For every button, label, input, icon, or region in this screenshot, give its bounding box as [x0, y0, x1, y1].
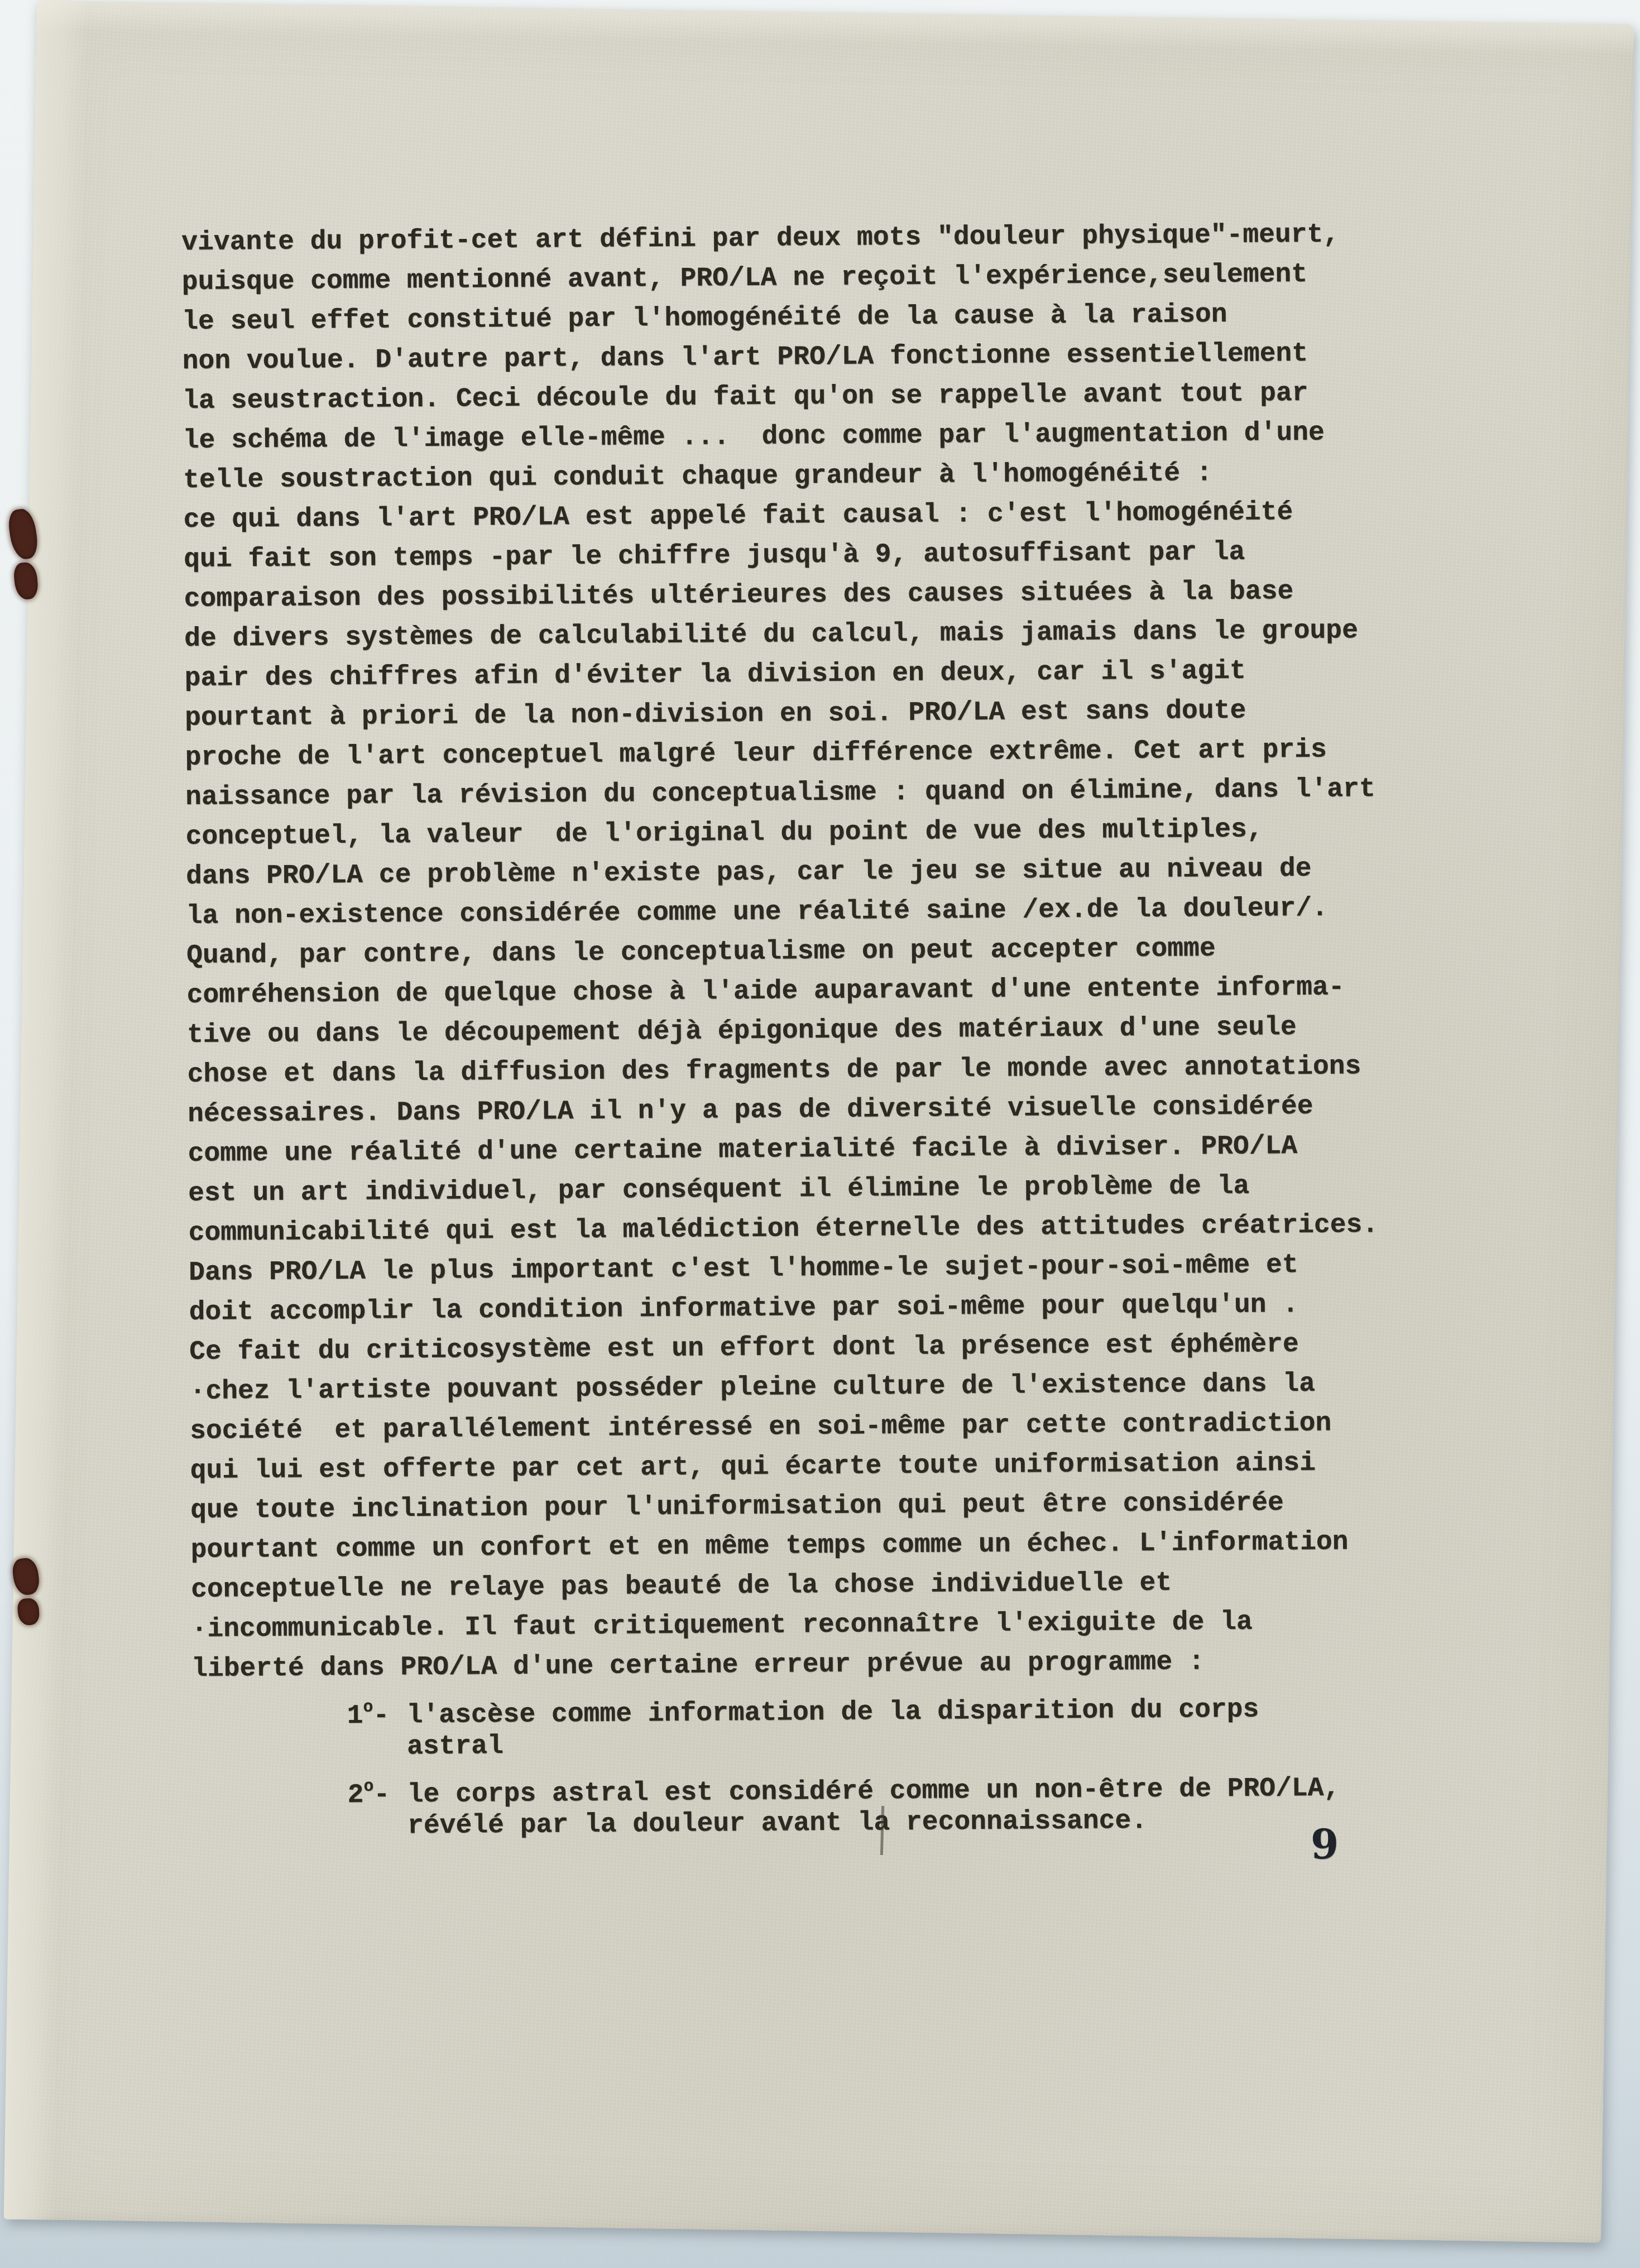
typewritten-text-block: vivante du profit-cet art défini par deu… — [181, 214, 1465, 1848]
page-number: 9 — [1311, 1820, 1339, 1868]
numbered-list: 1o-l'ascèse comme information de la disp… — [191, 1680, 1465, 1848]
list-item-text: astral — [407, 1731, 503, 1762]
torn-edge — [4, 1, 88, 2220]
list-item-text: l'ascèse comme information de la dispari… — [406, 1695, 1259, 1731]
list-item-marker: 2o- — [347, 1767, 407, 1815]
paper-top-edge — [36, 1, 1634, 55]
list-item-text: révélé par la douleur avant la reconnais… — [407, 1806, 1147, 1841]
list-item-marker: 1o- — [347, 1688, 407, 1736]
list-item-line: 2o-le corps astral est considéré comme u… — [192, 1760, 1465, 1808]
scanned-page-photo: vivante du profit-cet art défini par deu… — [0, 0, 1640, 2268]
